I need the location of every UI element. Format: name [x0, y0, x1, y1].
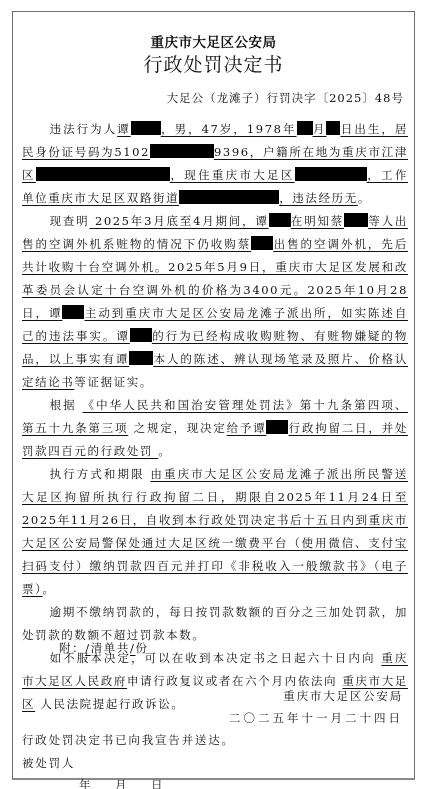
redaction-block: [295, 167, 367, 181]
text-segment: 给予谭: [227, 421, 267, 435]
receipt-date: 年月日: [79, 777, 187, 789]
text-segment: ，违法经历无: [279, 191, 358, 205]
signing-date: 二〇二五年十一月二十四日: [229, 710, 403, 726]
service-statement: 行政处罚决定书已向我宣告并送达。: [22, 732, 235, 748]
redaction-block: [326, 121, 340, 135]
text-segment: 2025年3月底至4月期间，谭: [95, 214, 269, 228]
redaction-block: [297, 121, 313, 135]
redaction-block: [269, 213, 291, 227]
appeal-paragraph: 如不服本决定，可以在收到本决定书之日起六十日内向 重庆市大足区人民政府申请行政复…: [22, 647, 408, 716]
offender-paragraph: 违法行为人谭，男，47岁，1978年月日出生，居民身份证号码为51029396，…: [22, 118, 408, 210]
year-label: 年: [79, 777, 115, 789]
redaction-block: [112, 167, 170, 181]
text-segment: 现查明: [50, 214, 90, 228]
text-segment: 在明知蔡: [291, 214, 344, 228]
redaction-block: [344, 213, 368, 227]
day-label: 日: [151, 777, 187, 789]
redaction-block: [150, 144, 214, 158]
text-segment: 谭: [117, 122, 131, 136]
redaction-block: [129, 351, 153, 365]
document-number: 大足公（龙滩子）行罚决字〔2025〕48号: [167, 90, 404, 106]
document-title: 行政处罚决定书: [13, 50, 414, 77]
attachment-line: 附：/清单共/份: [59, 640, 149, 656]
text-segment: 清单共: [91, 641, 130, 655]
text-segment: 申请行政复议或者在六个月内依法向: [127, 674, 337, 688]
text-segment: 。: [358, 191, 371, 205]
redaction-block: [179, 190, 279, 204]
redaction-block: [131, 121, 161, 135]
text-segment: 份: [135, 641, 148, 655]
text-segment: 根据: [50, 398, 77, 412]
text-segment: 人民法院提起行政诉讼。: [40, 697, 184, 711]
redaction-block: [36, 167, 112, 181]
execution-details: 由重庆市大足区公安局龙滩子派出所民警送大足区拘留所执行行政拘留二日，期限自202…: [22, 467, 408, 596]
text-segment: 之规定，现决定: [134, 421, 227, 435]
execution-paragraph: 执行方式和期限 由重庆市大足区公安局龙滩子派出所民警送大足区拘留所执行行政拘留二…: [22, 463, 408, 601]
signing-organization: 重庆市大足区公安局: [283, 688, 403, 704]
redaction-block: [266, 420, 288, 434]
redaction-block: [62, 305, 84, 319]
decision-paragraph: 根据 《中华人民共和国治安管理处罚法》第十九条第四项、第五十九条第三项 之规定，…: [22, 394, 408, 463]
issuing-organization: 重庆市大足区公安局: [13, 31, 414, 51]
text-segment: 。: [42, 582, 55, 596]
text-segment: 。: [158, 444, 171, 458]
recipient-label: 被处罚人: [22, 755, 75, 771]
text-segment: 附：: [59, 641, 85, 655]
redaction-block: [251, 236, 273, 250]
text-segment: ，现住重庆市大足区: [170, 168, 295, 182]
facts-paragraph: 现查明 2025年3月底至4月期间，谭在明知蔡等人出售的空调外机系赃物的情况下仍…: [22, 210, 408, 394]
redaction-block: [130, 328, 152, 342]
facts-details: 2025年3月底至4月期间，谭在明知蔡等人出售的空调外机系赃物的情况下仍收购蔡出…: [22, 214, 408, 389]
decision-document: 重庆市大足区公安局 行政处罚决定书 大足公（龙滩子）行罚决字〔2025〕48号 …: [12, 11, 415, 780]
text-segment: 执行方式和期限: [50, 467, 145, 481]
text-segment: 等证据证实。: [74, 375, 153, 389]
month-label: 月: [115, 777, 151, 789]
text-segment: ，男，47岁，1978年: [161, 122, 297, 136]
text-segment: 违法行为人: [50, 122, 118, 136]
text-segment: 月: [313, 122, 327, 136]
document-body: 违法行为人谭，男，47岁，1978年月日出生，居民身份证号码为51029396，…: [22, 118, 408, 716]
